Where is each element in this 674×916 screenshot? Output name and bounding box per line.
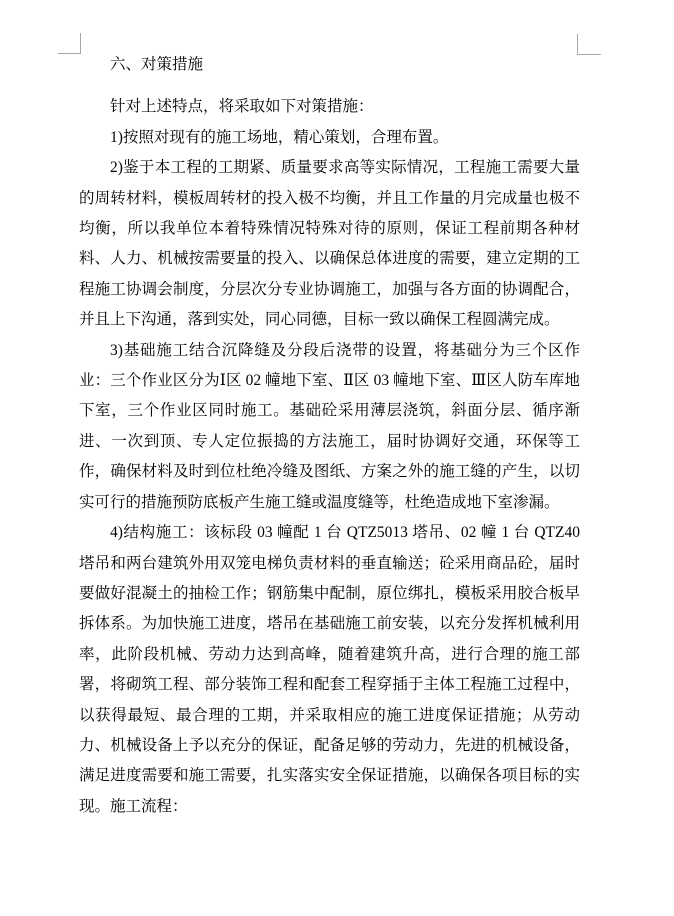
paragraph-item-2: 2)鉴于本工程的工期紧、质量要求高等实际情况，工程施工需要大量的周转材料，模板周… (79, 153, 580, 335)
section-heading: 六、对策措施 (79, 50, 580, 80)
document-body: 六、对策措施 针对上述特点，将采取如下对策措施： 1)按照对现有的施工场地，精心… (79, 50, 580, 822)
paragraph-intro: 针对上述特点，将采取如下对策措施： (79, 92, 580, 122)
text-boundary-mark-top-right (577, 34, 601, 55)
document-page: 六、对策措施 针对上述特点，将采取如下对策措施： 1)按照对现有的施工场地，精心… (0, 0, 674, 916)
text-boundary-mark-top-left (58, 33, 81, 54)
paragraph-item-4: 4)结构施工：该标段 03 幢配 1 台 QTZ5013 塔吊、02 幢 1 台… (79, 518, 580, 822)
paragraph-item-1: 1)按照对现有的施工场地，精心策划，合理布置。 (79, 123, 580, 153)
paragraph-item-3: 3)基础施工结合沉降缝及分段后浇带的设置，将基础分为三个区作业：三个作业区分为Ⅰ… (79, 336, 580, 518)
